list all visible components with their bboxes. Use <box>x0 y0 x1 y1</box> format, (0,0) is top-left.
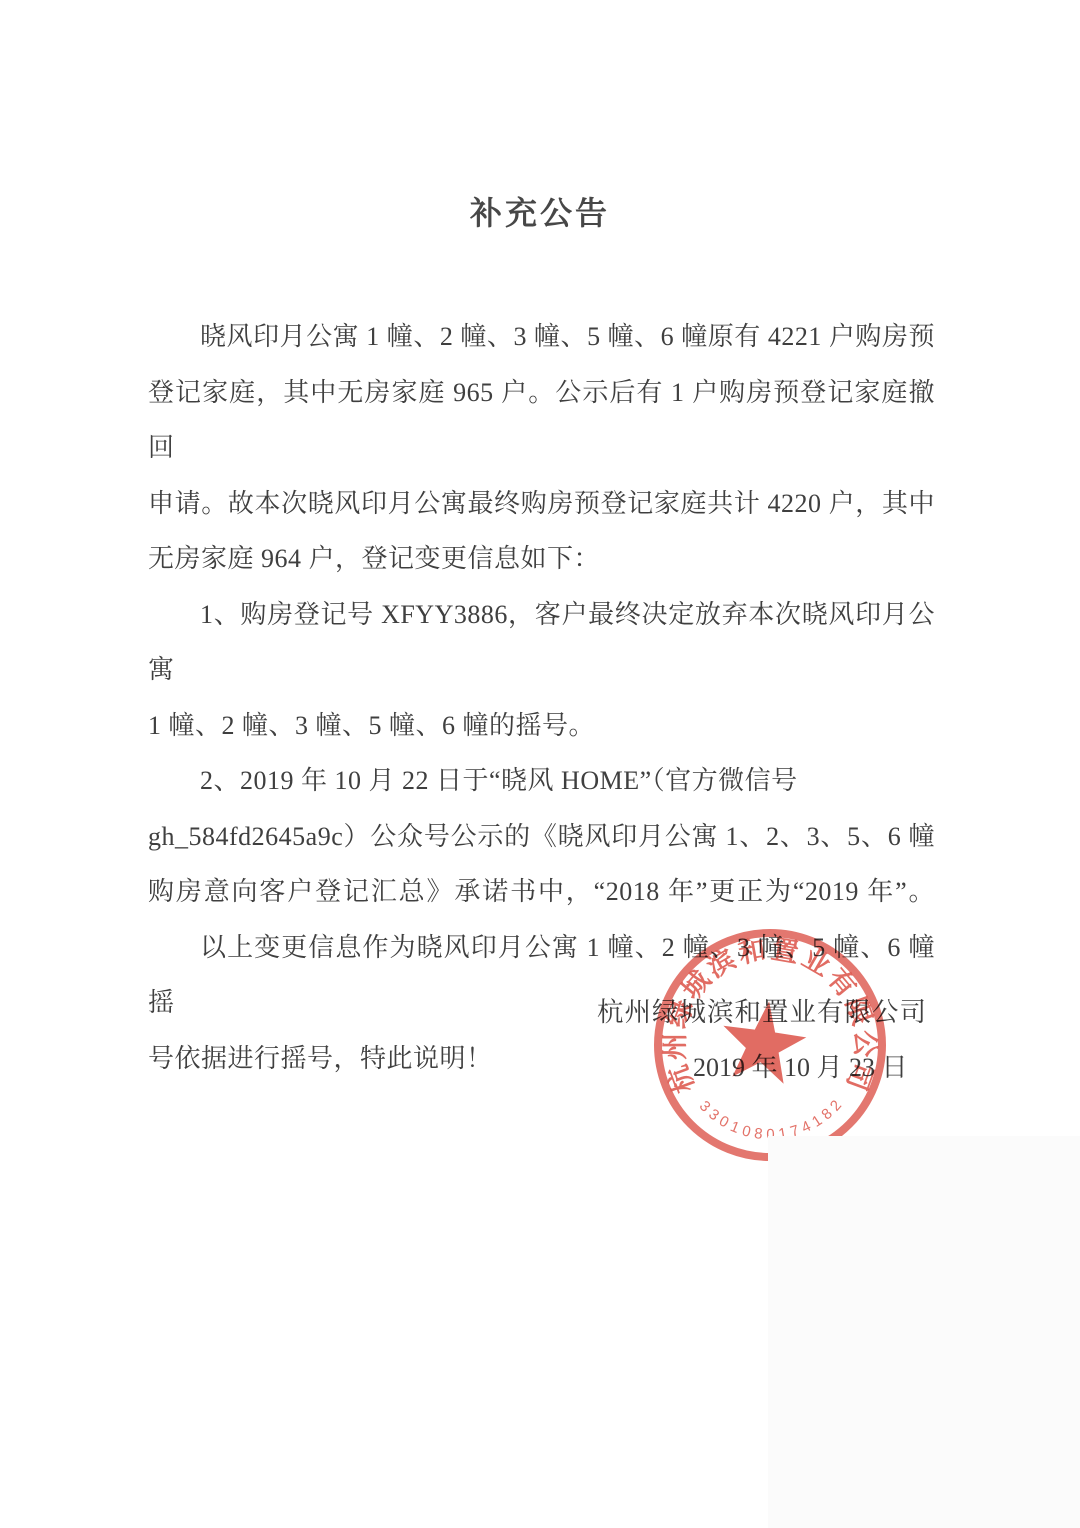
body-line: 无房家庭 964 户，登记变更信息如下： <box>148 531 935 587</box>
body-line: 购房意向客户登记汇总》承诺书中，“2018 年”更正为“2019 年”。 <box>148 864 935 920</box>
company-seal-stamp: 杭州绿城滨和置业有限公司 3301080174182 <box>650 925 890 1165</box>
scan-artifact-shade <box>768 1136 1080 1528</box>
document-title: 补充公告 <box>0 188 1080 234</box>
body-line: 登记家庭，其中无房家庭 965 户。公示后有 1 户购房预登记家庭撤回 <box>148 365 935 476</box>
body-line: 申请。故本次晓风印月公寓最终购房预登记家庭共计 4220 户，其中 <box>148 476 935 532</box>
body-line: gh_584fd2645a9c）公众号公示的《晓风印月公寓 1、2、3、5、6 … <box>148 809 935 865</box>
seal-star-icon <box>723 1001 806 1083</box>
body-line: 晓风印月公寓 1 幢、2 幢、3 幢、5 幢、6 幢原有 4221 户购房预 <box>148 309 935 365</box>
body-line: 1、购房登记号 XFYY3886，客户最终决定放弃本次晓风印月公寓 <box>148 587 935 698</box>
body-line: 1 幢、2 幢、3 幢、5 幢、6 幢的摇号。 <box>148 698 935 754</box>
document-page: 补充公告 晓风印月公寓 1 幢、2 幢、3 幢、5 幢、6 幢原有 4221 户… <box>0 0 1080 1528</box>
body-line: 2、2019 年 10 月 22 日于“晓风 HOME”（官方微信号 <box>148 753 935 809</box>
seal-graphic: 杭州绿城滨和置业有限公司 3301080174182 <box>650 925 890 1165</box>
